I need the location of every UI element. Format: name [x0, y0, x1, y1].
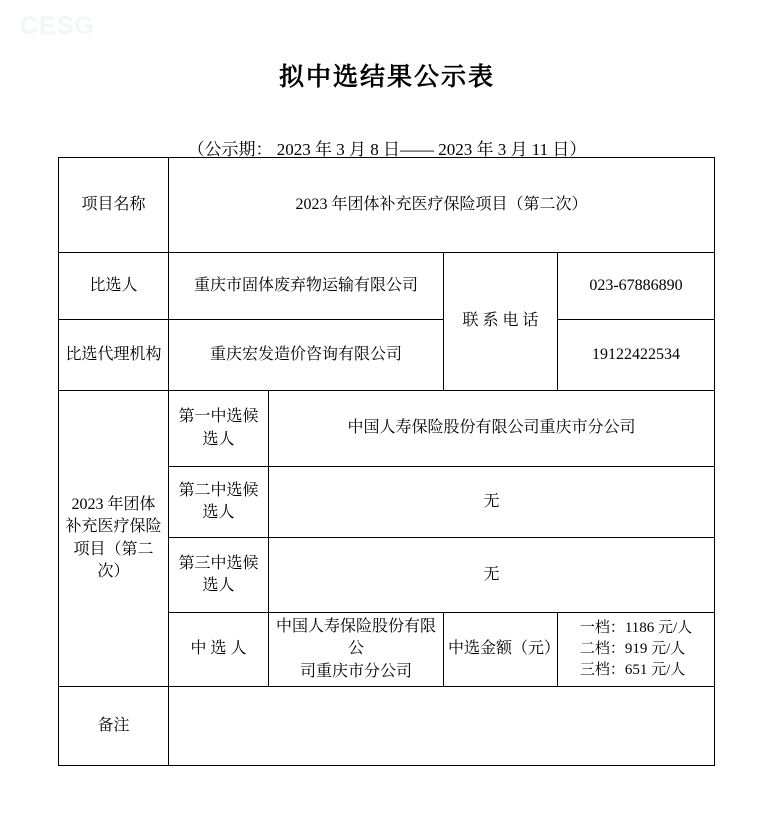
first-candidate-label-cell: 第一中选候 选人	[169, 391, 269, 467]
project-name-row: 项目名称 2023 年团体补充医疗保险项目（第二次）	[59, 158, 715, 253]
project-name-label-cell: 项目名称	[59, 158, 169, 253]
first-candidate-value-cell: 中国人寿保险股份有限公司重庆市分公司	[269, 391, 715, 467]
bidder-label-cell: 比选人	[59, 253, 169, 320]
winner-label-cell: 中 选 人	[169, 613, 269, 687]
award-amount-tiers: 一档：1186 元/人 二档：919 元/人 三档：651 元/人	[580, 618, 692, 681]
page: CESG 拟中选结果公示表 （公示期： 2023 年 3 月 8 日—— 202…	[0, 0, 774, 820]
page-title: 拟中选结果公示表	[0, 57, 774, 93]
third-candidate-value-cell: 无	[269, 538, 715, 613]
project-group-cell: 2023 年团体 补充医疗保险 项目（第二次）	[59, 391, 169, 687]
contact-phone-label-cell: 联 系 电 话	[444, 253, 558, 391]
remarks-value-cell	[169, 687, 715, 766]
remarks-row: 备注	[59, 687, 715, 766]
award-amount-label-cell: 中选金额（元）	[444, 613, 558, 687]
agency-phone-cell: 19122422534	[558, 320, 715, 391]
agency-value-cell: 重庆宏发造价咨询有限公司	[169, 320, 444, 391]
project-name-value-cell: 2023 年团体补充医疗保险项目（第二次）	[169, 158, 715, 253]
bidder-row: 比选人 重庆市固体废弃物运输有限公司 联 系 电 话 023-67886890	[59, 253, 715, 320]
first-candidate-row: 2023 年团体 补充医疗保险 项目（第二次） 第一中选候 选人 中国人寿保险股…	[59, 391, 715, 467]
agency-row: 比选代理机构 重庆宏发造价咨询有限公司 19122422534	[59, 320, 715, 391]
award-amount-value-cell: 一档：1186 元/人 二档：919 元/人 三档：651 元/人	[558, 613, 715, 687]
bidder-value-cell: 重庆市固体废弃物运输有限公司	[169, 253, 444, 320]
agency-label-cell: 比选代理机构	[59, 320, 169, 391]
bidder-phone-cell: 023-67886890	[558, 253, 715, 320]
watermark: CESG	[20, 12, 95, 41]
third-candidate-label-cell: 第三中选候 选人	[169, 538, 269, 613]
second-candidate-value-cell: 无	[269, 467, 715, 538]
second-candidate-label-cell: 第二中选候 选人	[169, 467, 269, 538]
remarks-label-cell: 备注	[59, 687, 169, 766]
result-table: 项目名称 2023 年团体补充医疗保险项目（第二次） 比选人 重庆市固体废弃物运…	[58, 157, 715, 766]
winner-value-cell: 中国人寿保险股份有限公 司重庆市分公司	[269, 613, 444, 687]
